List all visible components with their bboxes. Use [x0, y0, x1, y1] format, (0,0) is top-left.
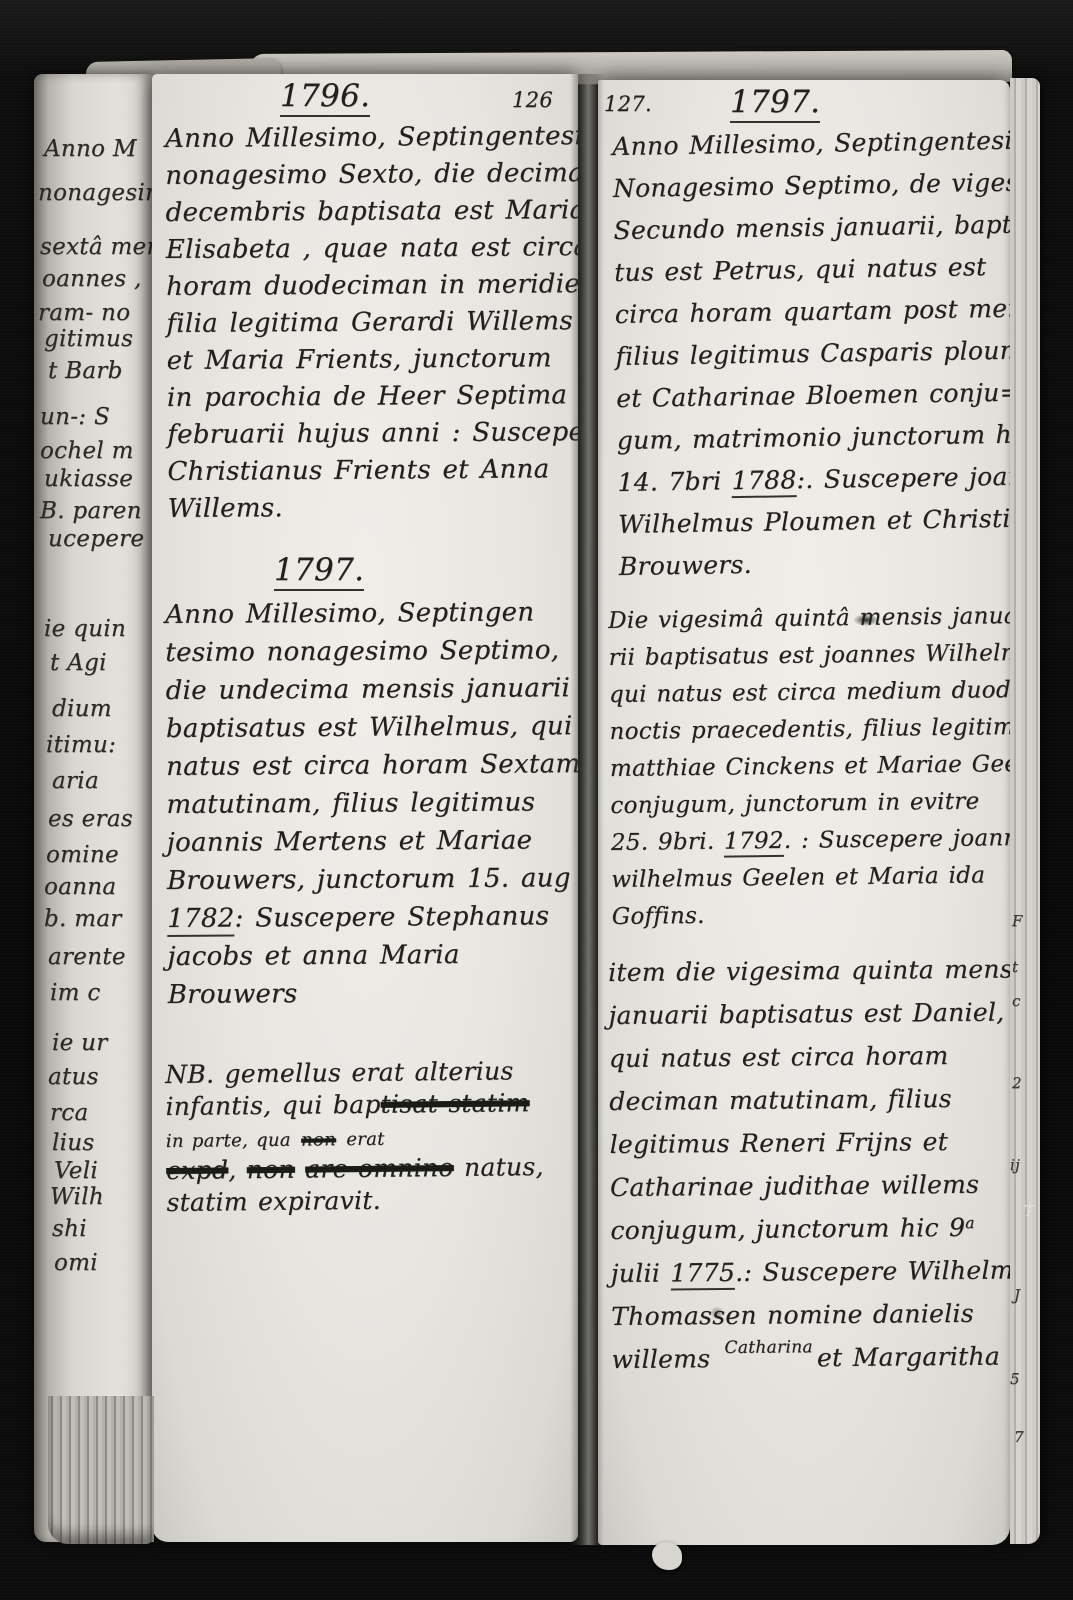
manuscript-line: Secundo mensis januarii, baptisa= [613, 209, 1010, 258]
page-number-right: 127. [604, 92, 652, 116]
manuscript-line: qui natus est circa medium duodecimae [609, 676, 1010, 719]
page-fragment-text: lius [52, 1130, 95, 1156]
manuscript-line: conjugum, junctorum in evitre [610, 787, 1010, 830]
manuscript-line: horam duodeciman in meridie, [166, 269, 578, 309]
next-page-edge-marks: Ftc2ijTJ57 [1004, 74, 1048, 1544]
year-heading-1796: 1796. [280, 78, 370, 114]
manuscript-line: Christianus Frients et Anna [167, 454, 578, 494]
right-page-127: 127. 1797. Anno Millesimo, Septingentesi… [598, 80, 1010, 1545]
page-fragment-text: t [1012, 958, 1018, 976]
book-gutter [570, 74, 604, 1545]
year-heading-1797-left-text: 1797. [274, 552, 364, 591]
manuscript-line: et Maria Frients, junctorum [167, 343, 578, 383]
manuscript-line: legitimus Reneri Frijns et [610, 1126, 1010, 1173]
page-fragment-text: F [1012, 912, 1023, 930]
ink-blot [710, 1306, 724, 1320]
manuscript-line: Anno Millesimo, Septingentesimo [165, 121, 578, 161]
page-fragment-text: ie quin [44, 616, 126, 642]
manuscript-line: et Catharinae Bloemen conju= [616, 376, 1010, 425]
page-fragment-text: c [1012, 992, 1021, 1010]
manuscript-line: willems Catharinaet Margaritha Frijns [611, 1341, 1010, 1388]
page-fragment-text: ram- no [38, 300, 130, 326]
manuscript-line: Die vigesimâ quintâ mensis janua- [608, 602, 1010, 645]
manuscript-line: Willems. [168, 491, 578, 531]
manuscript-line: Brouwers. [619, 544, 1010, 593]
manuscript-line: januarii baptisatus est Daniel, [608, 997, 1010, 1044]
manuscript-line: deciman matutinam, filius [609, 1083, 1010, 1130]
manuscript-line: gum, matrimonio junctorum hic [617, 418, 1010, 467]
page-fragment-text: J [1014, 1286, 1020, 1304]
page-fragment-text: 2 [1012, 1074, 1022, 1092]
manuscript-line: infantis, qui baptisat statim [165, 1088, 543, 1124]
page-fragment-text: itimu: [46, 732, 116, 758]
manuscript-line: noctis praecedentis, filius legitimus [609, 713, 1010, 756]
manuscript-line: baptisatus est Wilhelmus, qui [166, 711, 578, 752]
baptism-entry-1797-wilhelmus: Anno Millesimo, Septingentesimo nonagesi… [165, 597, 578, 1018]
page-fragment-text: ochel m [40, 438, 134, 464]
manuscript-line: filia legitima Gerardi Willems [166, 306, 578, 346]
manuscript-line: statim expiravit. [166, 1184, 544, 1220]
manuscript-line: tus est Petrus, qui natus est [614, 250, 1010, 299]
manuscript-line: Catharinae judithae willems [610, 1169, 1010, 1216]
page-fragment-text: un-: S [40, 404, 110, 430]
manuscript-line: Brouwers [168, 977, 578, 1018]
manuscript-line: Anno Millesimo, Septingentesimo [612, 125, 1010, 174]
page-fragment-text: atus [48, 1064, 99, 1090]
manuscript-line: rii baptisatus est joannes Wilhelmus, [608, 639, 1010, 682]
manuscript-line: 1782: Suscepere Stephanus [167, 901, 578, 942]
manuscript-line: wilhelmus Geelen et Maria ida [611, 861, 1010, 904]
manuscript-line: tesimo nonagesimo Septimo, [165, 635, 578, 676]
page-fragment-text: oannes , [42, 266, 142, 292]
manuscript-line: Brouwers, junctorum 15. aug [167, 863, 578, 904]
manuscript-line: conjugum, junctorum hic 9a [610, 1212, 1010, 1259]
page-fragment-text: Wilh [50, 1184, 104, 1210]
year-heading-1796-text: 1796. [280, 78, 370, 117]
page-fragment-text: Veli [54, 1158, 98, 1184]
paper-scrap [652, 1542, 682, 1570]
page-fragment-text: nonagesim [38, 180, 154, 206]
page-fragment-text: aria [52, 768, 99, 794]
page-fragment-text: ie ur [52, 1030, 108, 1056]
manuscript-line: NB. gemellus erat alterius [165, 1056, 543, 1092]
page-fragment-text: 5 [1010, 1370, 1020, 1388]
manuscript-line: matutinam, filius legitimus [166, 787, 578, 828]
manuscript-line: Nonagesimo Septimo, de vigesimo [613, 167, 1010, 216]
page-fragment-text: sextâ men [40, 234, 154, 260]
manuscript-line: 14. 7bri 1788:. Suscepere joannes [617, 460, 1010, 509]
baptism-entry-petrus: Anno Millesimo, SeptingentesimoNonagesim… [612, 125, 1010, 594]
previous-page-edge: Anno Mnonagesimsextâ menoannes ,ram- nog… [34, 74, 154, 1542]
page-fragment-text: oanna [44, 874, 116, 900]
book-page-stack-corner [48, 1396, 154, 1544]
page-fragment-text: T [1024, 1202, 1034, 1220]
manuscript-line: joannis Mertens et Mariae [167, 825, 578, 866]
manuscript-line: die undecima mensis januarii [166, 673, 578, 714]
page-fragment-text: 7 [1014, 1428, 1024, 1446]
year-heading-1797-left: 1797. [274, 552, 364, 588]
page-fragment-text: arente [48, 944, 126, 970]
page-fragment-text: dium [52, 696, 112, 722]
page-fragment-text: es eras [48, 806, 133, 832]
manuscript-line: februarii hujus anni : Suscepere [167, 417, 578, 457]
baptism-register-scan: Anno Mnonagesimsextâ menoannes ,ram- nog… [0, 0, 1073, 1600]
ink-blot [853, 614, 879, 626]
manuscript-line: Elisabeta , quae nata est circa [166, 232, 578, 272]
page-fragment-text: Anno M [44, 136, 137, 162]
nota-bene-twin-note: NB. gemellus erat alteriusinfantis, qui … [165, 1056, 544, 1220]
manuscript-line: decembris baptisata est Maria [166, 195, 578, 235]
manuscript-line: julii 1775.: Suscepere Wilhelmus [611, 1255, 1010, 1302]
page-fragment-text: ij [1010, 1156, 1020, 1174]
page-fragment-text: rca [50, 1100, 89, 1126]
manuscript-line: item die vigesima quinta mensis [608, 954, 1010, 1001]
manuscript-line: 25. 9bri. 1792. : Suscepere joannes [611, 824, 1010, 867]
page-fragment-text: t Barb [48, 358, 123, 384]
manuscript-line: in parochia de Heer Septima [167, 380, 578, 420]
manuscript-line: matthiae Cinckens et Mariae Geelen [610, 750, 1010, 793]
manuscript-line: Goffins. [612, 898, 1010, 941]
manuscript-line: natus est circa horam Sextam [166, 749, 578, 790]
year-heading-1797-right: 1797. [730, 84, 820, 120]
page-fragment-text: shi [52, 1216, 87, 1242]
left-page-126: 1796. 126 Anno Millesimo, Septingentesim… [152, 74, 578, 1542]
page-number-left: 126 [512, 88, 553, 112]
page-fragment-text: b. mar [44, 906, 122, 932]
manuscript-line: circa horam quartam post meridiem [615, 292, 1010, 341]
page-fragment-text: gitimus [44, 326, 133, 352]
manuscript-line: expd, non are omnino natus, [166, 1152, 544, 1188]
manuscript-line: nonagesimo Sexto, die decima nona [165, 158, 578, 198]
manuscript-line: qui natus est circa horam [609, 1040, 1010, 1087]
year-heading-1797-right-text: 1797. [730, 84, 820, 123]
baptism-entry-daniel: item die vigesima quinta mensisjanuarii … [608, 954, 1010, 1388]
manuscript-line: Wilhelmus Ploumen et Christina [618, 502, 1010, 551]
baptism-entry-joannes-wilhelmus: Die vigesimâ quintâ mensis janua-rii bap… [608, 602, 1010, 941]
page-fragment-text: B. paren [40, 498, 142, 524]
manuscript-line: in parte, qua non erat [166, 1120, 544, 1156]
page-fragment-text: ukiasse [44, 466, 133, 492]
page-fragment-text: im c [50, 980, 101, 1006]
baptism-entry-1796-maria-elisabeta: Anno Millesimo, Septingentesimononagesim… [165, 121, 578, 531]
manuscript-line: jacobs et anna Maria [167, 939, 578, 980]
page-fragment-text: ucepere [48, 526, 144, 552]
manuscript-line: filius legitimus Casparis ploumen [615, 334, 1010, 383]
page-fragment-text: omine [46, 842, 119, 868]
manuscript-line: Anno Millesimo, Septingen [165, 597, 578, 638]
page-fragment-text: t Agi [50, 650, 107, 676]
page-fragment-text: omi [54, 1250, 98, 1276]
